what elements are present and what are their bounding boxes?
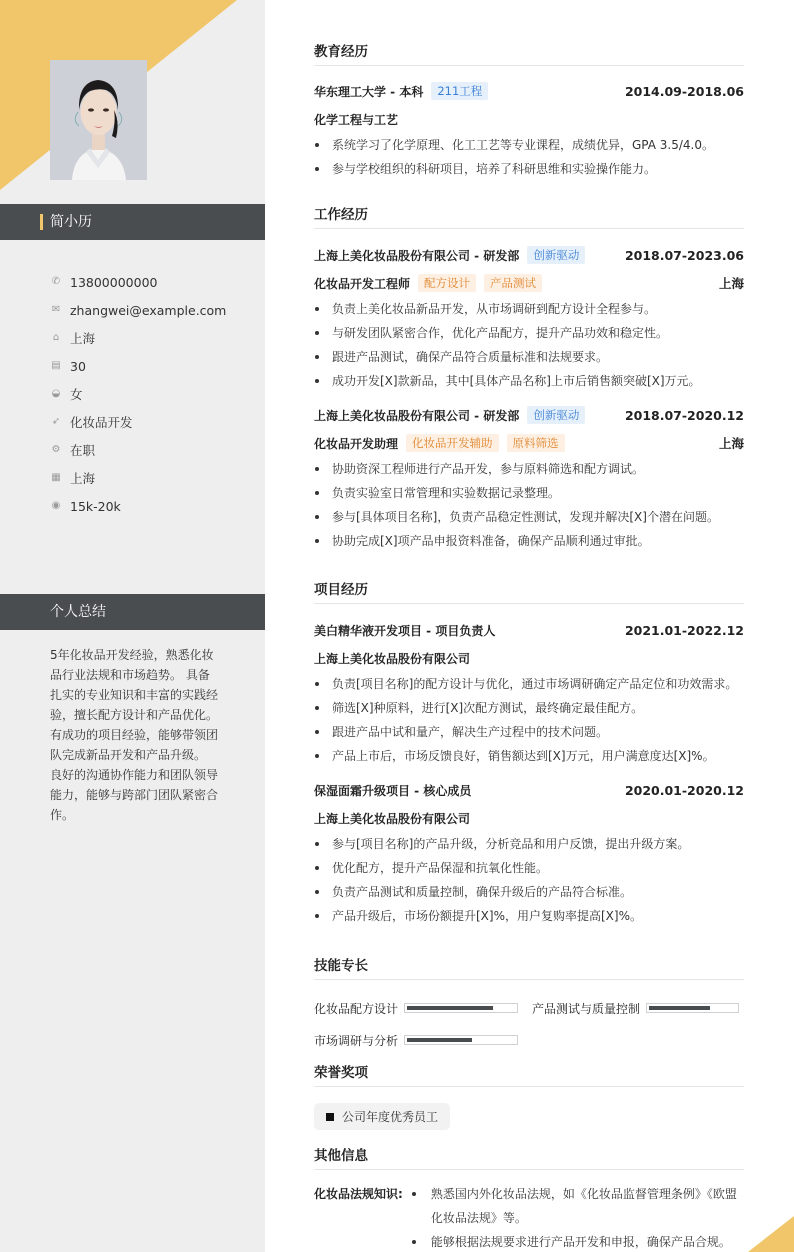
contact-value: 13800000000: [70, 275, 157, 290]
project-company-row: 上海上美化妆品股份有限公司: [314, 644, 744, 672]
skill-item: 化妆品配方设计: [314, 992, 518, 1024]
gear-icon: ⚙: [50, 444, 62, 456]
list-item: 筛选[X]种原料，进行[X]次配方测试，最终确定最佳配方。: [314, 696, 744, 720]
project-period: 2020.01-2020.12: [625, 783, 744, 798]
contact-value: 上海: [70, 329, 95, 347]
skill-bar-fill: [649, 1006, 710, 1010]
contact-value: 女: [70, 385, 83, 403]
list-item: 能够根据法规要求进行产品开发和申报，确保产品合规。: [411, 1230, 744, 1252]
list-item: 协助资深工程师进行产品开发，参与原料筛选和配方调试。: [314, 457, 744, 481]
contact-phone: ✆ 13800000000: [50, 268, 250, 296]
skill-name: 产品测试与质量控制: [532, 1000, 640, 1017]
building-icon: ▦: [50, 472, 62, 484]
project-header-row: 保湿面霜升级项目 - 核心成员 2020.01-2020.12: [314, 776, 744, 804]
job-period: 2018.07-2020.12: [625, 408, 744, 423]
job-city: 上海: [719, 274, 744, 292]
other-label: 化妆品法规知识:: [314, 1182, 403, 1252]
other-info-row: 化妆品法规知识: 熟悉国内外化妆品法规，如《化妆品监督管理条例》《欧盟化妆品法规…: [314, 1182, 744, 1252]
contact-gender: ◒ 女: [50, 380, 250, 408]
project-bullets: 负责[项目名称]的配方设计与优化，通过市场调研确定产品定位和功效需求。 筛选[X…: [314, 672, 744, 768]
summary-text: 5年化妆品开发经验，熟悉化妆品行业法规和市场趋势。 具备扎实的专业知识和丰富的实…: [50, 645, 218, 825]
skill-name: 市场调研与分析: [314, 1032, 398, 1049]
list-item: 跟进产品中试和量产，解决生产过程中的技术问题。: [314, 720, 744, 744]
role-tag: 化妆品开发辅助: [406, 434, 499, 452]
project-company: 上海上美化妆品股份有限公司: [314, 650, 470, 667]
work-section: 工作经历 上海上美化妆品股份有限公司 - 研发部 创新驱动 2018.07-20…: [314, 203, 744, 553]
accent-corner: [748, 1216, 794, 1252]
skill-bar-fill: [407, 1006, 493, 1010]
section-title: 技能专长: [314, 954, 744, 980]
list-item: 参与学校组织的科研项目，培养了科研思维和实验操作能力。: [314, 157, 744, 181]
job-period: 2018.07-2023.06: [625, 248, 744, 263]
school-name: 华东理工大学 - 本科: [314, 83, 423, 100]
project-company-row: 上海上美化妆品股份有限公司: [314, 804, 744, 832]
company-name: 上海上美化妆品股份有限公司 - 研发部: [314, 247, 519, 264]
home-icon: ⌂: [50, 332, 62, 344]
contact-home: ⌂ 上海: [50, 324, 250, 352]
contact-value: zhangwei@example.com: [70, 303, 226, 318]
award-label: 公司年度优秀员工: [342, 1108, 438, 1125]
job-role: 化妆品开发工程师: [314, 275, 410, 292]
contact-value: 化妆品开发: [70, 413, 133, 431]
list-item: 优化配方，提升产品保湿和抗氧化性能。: [314, 856, 744, 880]
contact-position: ➶ 化妆品开发: [50, 408, 250, 436]
email-icon: ✉: [50, 304, 62, 316]
education-row: 华东理工大学 - 本科 211工程 2014.09-2018.06: [314, 77, 744, 105]
accent-bar: [40, 214, 43, 230]
education-period: 2014.09-2018.06: [625, 84, 744, 99]
project-entry: 保湿面霜升级项目 - 核心成员 2020.01-2020.12 上海上美化妆品股…: [314, 776, 744, 928]
major: 化学工程与工艺: [314, 111, 398, 128]
major-row: 化学工程与工艺: [314, 105, 744, 133]
gender-icon: ◒: [50, 388, 62, 400]
contact-value: 15k-20k: [70, 499, 121, 514]
section-title: 工作经历: [314, 203, 744, 229]
role-tag: 原料筛选: [507, 434, 565, 452]
project-name: 保湿面霜升级项目 - 核心成员: [314, 782, 471, 799]
job-entry: 上海上美化妆品股份有限公司 - 研发部 创新驱动 2018.07-2023.06…: [314, 241, 744, 393]
list-item: 负责产品测试和质量控制，确保升级后的产品符合标准。: [314, 880, 744, 904]
list-item: 产品上市后，市场反馈良好，销售额达到[X]万元，用户满意度达[X]%。: [314, 744, 744, 768]
list-item: 负责实验室日常管理和实验数据记录整理。: [314, 481, 744, 505]
list-item: 成功开发[X]款新品，其中[具体产品名称]上市后销售额突破[X]万元。: [314, 369, 744, 393]
contact-status: ⚙ 在职: [50, 436, 250, 464]
resume-title: 简小历: [50, 214, 92, 230]
company-name: 上海上美化妆品股份有限公司 - 研发部: [314, 407, 519, 424]
list-item: 产品升级后，市场份额提升[X]%，用户复购率提高[X]%。: [314, 904, 744, 928]
portrait-icon: [50, 60, 147, 180]
role-tag: 配方设计: [418, 274, 476, 292]
contact-value: 在职: [70, 441, 95, 459]
list-item: 协助完成[X]项产品申报资料准备，确保产品顺利通过审批。: [314, 529, 744, 553]
awards-section: 荣誉奖项 公司年度优秀员工: [314, 1061, 744, 1130]
project-entry: 美白精华液开发项目 - 项目负责人 2021.01-2022.12 上海上美化妆…: [314, 616, 744, 768]
role-tag: 产品测试: [484, 274, 542, 292]
summary-header: 个人总结: [0, 594, 265, 630]
age-icon: ▤: [50, 360, 62, 372]
list-item: 参与[具体项目名称]，负责产品稳定性测试，发现并解决[X]个潜在问题。: [314, 505, 744, 529]
job-role: 化妆品开发助理: [314, 435, 398, 452]
contact-email: ✉ zhangwei@example.com: [50, 296, 250, 324]
award-item: 公司年度优秀员工: [314, 1103, 450, 1130]
skill-bar-fill: [407, 1038, 472, 1042]
skill-bar: [404, 1003, 518, 1013]
section-title: 其他信息: [314, 1144, 744, 1170]
project-company: 上海上美化妆品股份有限公司: [314, 810, 470, 827]
education-bullets: 系统学习了化学原理、化工工艺等专业课程，成绩优异，GPA 3.5/4.0。 参与…: [314, 133, 744, 181]
list-item: 与研发团队紧密合作，优化产品配方，提升产品功效和稳定性。: [314, 321, 744, 345]
skill-item: 产品测试与质量控制: [532, 992, 739, 1024]
job-role-row: 化妆品开发工程师 配方设计 产品测试 上海: [314, 269, 744, 297]
contact-city: ▦ 上海: [50, 464, 250, 492]
project-bullets: 参与[项目名称]的产品升级，分析竞品和用户反馈，提出升级方案。 优化配方，提升产…: [314, 832, 744, 928]
skills-list: 化妆品配方设计 产品测试与质量控制 市场调研与分析: [314, 992, 744, 1056]
job-role-row: 化妆品开发助理 化妆品开发辅助 原料筛选 上海: [314, 429, 744, 457]
education-section: 教育经历 华东理工大学 - 本科 211工程 2014.09-2018.06 化…: [314, 40, 744, 181]
job-header-row: 上海上美化妆品股份有限公司 - 研发部 创新驱动 2018.07-2020.12: [314, 401, 744, 429]
contact-age: ▤ 30: [50, 352, 250, 380]
skill-bar: [404, 1035, 518, 1045]
project-header-row: 美白精华液开发项目 - 项目负责人 2021.01-2022.12: [314, 616, 744, 644]
school-tag: 211工程: [431, 82, 488, 100]
resume-title-header: 简小历: [0, 204, 265, 240]
square-bullet-icon: [326, 1113, 334, 1121]
avatar: [50, 60, 147, 180]
job-header-row: 上海上美化妆品股份有限公司 - 研发部 创新驱动 2018.07-2023.06: [314, 241, 744, 269]
project-name: 美白精华液开发项目 - 项目负责人: [314, 622, 495, 639]
skill-bar: [646, 1003, 739, 1013]
paper-plane-icon: ➶: [50, 416, 62, 428]
list-item: 负责[项目名称]的配方设计与优化，通过市场调研确定产品定位和功效需求。: [314, 672, 744, 696]
skill-name: 化妆品配方设计: [314, 1000, 398, 1017]
projects-section: 项目经历 美白精华液开发项目 - 项目负责人 2021.01-2022.12 上…: [314, 578, 744, 928]
company-tag: 创新驱动: [527, 406, 585, 424]
section-title: 项目经历: [314, 578, 744, 604]
job-bullets: 协助资深工程师进行产品开发，参与原料筛选和配方调试。 负责实验室日常管理和实验数…: [314, 457, 744, 553]
list-item: 熟悉国内外化妆品法规，如《化妆品监督管理条例》《欧盟化妆品法规》等。: [411, 1182, 744, 1230]
section-title: 教育经历: [314, 40, 744, 66]
contact-value: 上海: [70, 469, 95, 487]
contact-salary: ◉ 15k-20k: [50, 492, 250, 520]
contact-list: ✆ 13800000000 ✉ zhangwei@example.com ⌂ 上…: [50, 268, 250, 520]
list-item: 参与[项目名称]的产品升级，分析竞品和用户反馈，提出升级方案。: [314, 832, 744, 856]
list-item: 跟进产品测试，确保产品符合质量标准和法规要求。: [314, 345, 744, 369]
salary-icon: ◉: [50, 500, 62, 512]
company-tag: 创新驱动: [527, 246, 585, 264]
job-bullets: 负责上美化妆品新品开发，从市场调研到配方设计全程参与。 与研发团队紧密合作，优化…: [314, 297, 744, 393]
project-period: 2021.01-2022.12: [625, 623, 744, 638]
skills-section: 技能专长 化妆品配方设计 产品测试与质量控制 市场调研与分析: [314, 954, 744, 1056]
section-title: 荣誉奖项: [314, 1061, 744, 1087]
summary-title: 个人总结: [50, 604, 106, 620]
job-city: 上海: [719, 434, 744, 452]
job-entry: 上海上美化妆品股份有限公司 - 研发部 创新驱动 2018.07-2020.12…: [314, 401, 744, 553]
other-bullets: 熟悉国内外化妆品法规，如《化妆品监督管理条例》《欧盟化妆品法规》等。 能够根据法…: [411, 1182, 744, 1252]
sidebar: 简小历 ✆ 13800000000 ✉ zhangwei@example.com…: [0, 0, 265, 1252]
list-item: 负责上美化妆品新品开发，从市场调研到配方设计全程参与。: [314, 297, 744, 321]
list-item: 系统学习了化学原理、化工工艺等专业课程，成绩优异，GPA 3.5/4.0。: [314, 133, 744, 157]
contact-value: 30: [70, 359, 86, 374]
other-section: 其他信息 化妆品法规知识: 熟悉国内外化妆品法规，如《化妆品监督管理条例》《欧盟…: [314, 1144, 744, 1252]
skill-item: 市场调研与分析: [314, 1024, 518, 1056]
phone-icon: ✆: [50, 276, 62, 288]
